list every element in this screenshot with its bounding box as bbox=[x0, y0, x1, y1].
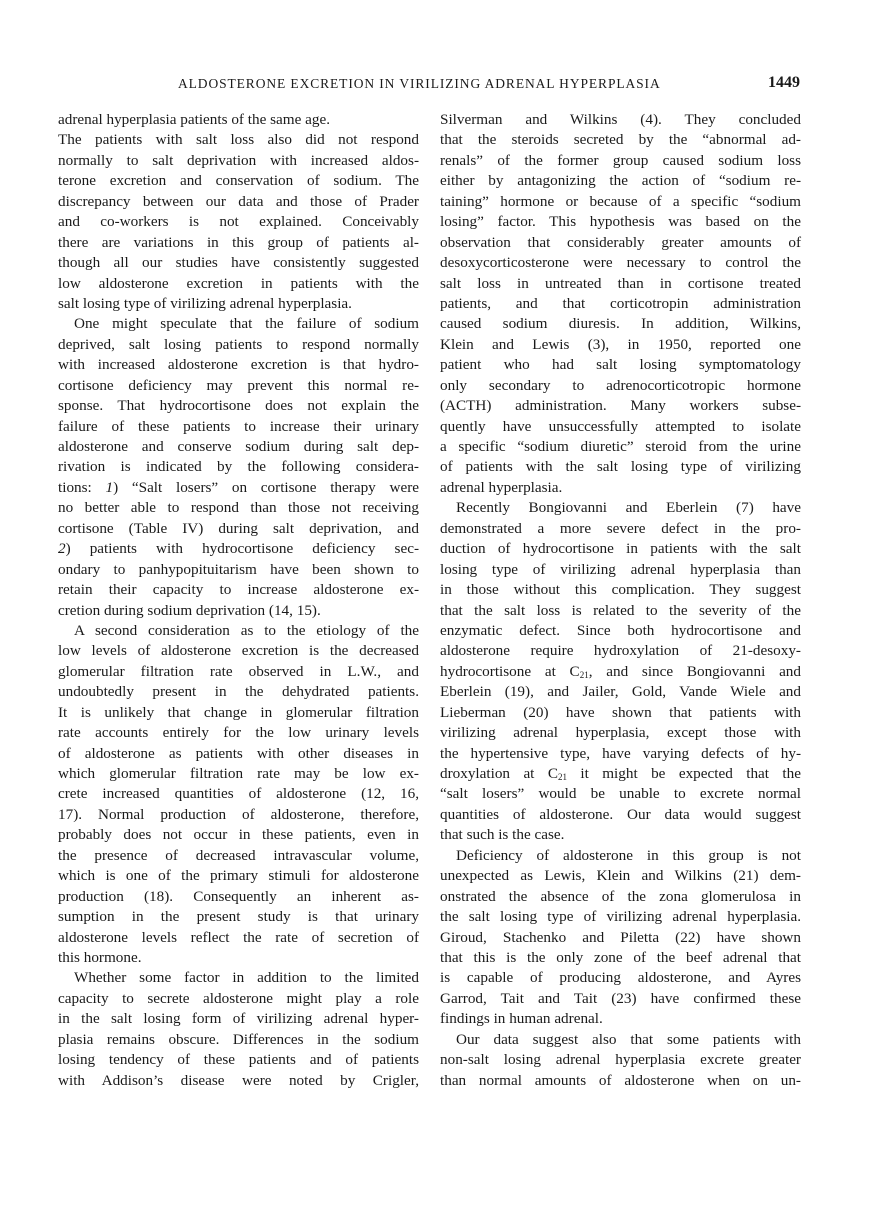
text-line: low levels of aldosterone excretion is t… bbox=[58, 641, 419, 661]
text-line: in the salt losing form of virilizing ad… bbox=[58, 1009, 419, 1029]
text-line: observation that considerably greater am… bbox=[440, 233, 801, 253]
text-line: “salt losers” would be unable to excrete… bbox=[440, 784, 801, 804]
text-line: that such is the case. bbox=[440, 825, 801, 845]
page-number: 1449 bbox=[768, 74, 800, 92]
text-line: It is unlikely that change in glomerular… bbox=[58, 703, 419, 723]
text-line: which glomerular filtration rate may be … bbox=[58, 764, 419, 784]
text-line: is capable of producing aldosterone, and… bbox=[440, 968, 801, 988]
text-line: aldosterone and conserve sodium during s… bbox=[58, 437, 419, 457]
text-line: aldosterone levels reflect the rate of s… bbox=[58, 928, 419, 948]
text-line: patient who had salt losing symptomatolo… bbox=[440, 355, 801, 375]
text-line: losing type of virilizing adrenal hyperp… bbox=[440, 560, 801, 580]
text-line: and co-workers is not explained. Conceiv… bbox=[58, 212, 419, 232]
text-line: Silverman and Wilkins (4). They conclude… bbox=[440, 110, 801, 130]
text-line: sumption in the present study is that ur… bbox=[58, 907, 419, 927]
left-text-column: adrenal hyperplasia patients of the same… bbox=[58, 110, 419, 1091]
text-line: quently have unsuccessfully attempted to… bbox=[440, 417, 801, 437]
text-line: crete increased quantities of aldosteron… bbox=[58, 784, 419, 804]
text-line: tions: 1) “Salt losers” on cortisone the… bbox=[58, 478, 419, 498]
text-line: The patients with salt loss also did not… bbox=[58, 130, 419, 150]
text-line: low aldosterone excretion in patients wi… bbox=[58, 274, 419, 294]
text-line: cortisone deficiency may prevent this no… bbox=[58, 376, 419, 396]
text-line: adrenal hyperplasia patients of the same… bbox=[58, 110, 419, 130]
text-line: salt losing type of virilizing adrenal h… bbox=[58, 294, 419, 314]
text-line: terone excretion and conservation of sod… bbox=[58, 171, 419, 191]
text-line: non-salt losing adrenal hyperplasia excr… bbox=[440, 1050, 801, 1070]
text-line: demonstrated a more severe defect in the… bbox=[440, 519, 801, 539]
text-line: Deficiency of aldosterone in this group … bbox=[440, 846, 801, 866]
text-line: caused sodium diuresis. In addition, Wil… bbox=[440, 314, 801, 334]
text-line: onstrated the absence of the zona glomer… bbox=[440, 887, 801, 907]
text-line: enzymatic defect. Since both hydrocortis… bbox=[440, 621, 801, 641]
text-line: Eberlein (19), and Jailer, Gold, Vande W… bbox=[440, 682, 801, 702]
text-line: though all our studies have consistently… bbox=[58, 253, 419, 273]
text-line: aldosterone require hydroxylation of 21-… bbox=[440, 641, 801, 661]
text-line: undoubtedly present in the dehydrated pa… bbox=[58, 682, 419, 702]
text-line: duction of hydrocortisone in patients wi… bbox=[440, 539, 801, 559]
text-line: renals” of the former group caused sodiu… bbox=[440, 151, 801, 171]
text-line: normally to salt deprivation with increa… bbox=[58, 151, 419, 171]
text-line: capacity to secrete aldosterone might pl… bbox=[58, 989, 419, 1009]
text-line: that the salt loss is related to the sev… bbox=[440, 601, 801, 621]
text-line: deprived, salt losing patients to respon… bbox=[58, 335, 419, 355]
text-line: glomerular filtration rate observed in L… bbox=[58, 662, 419, 682]
text-line: adrenal hyperplasia. bbox=[440, 478, 801, 498]
text-line: 2) patients with hydrocortisone deficien… bbox=[58, 539, 419, 559]
text-line: production (18). Consequently an inheren… bbox=[58, 887, 419, 907]
text-line: Lieberman (20) have shown that patients … bbox=[440, 703, 801, 723]
text-line: failure of these patients to increase th… bbox=[58, 417, 419, 437]
text-line: findings in human adrenal. bbox=[440, 1009, 801, 1029]
text-line: Garrod, Tait and Tait (23) have confirme… bbox=[440, 989, 801, 1009]
text-line: salt loss in untreated than in cortisone… bbox=[440, 274, 801, 294]
text-line: cretion during sodium deprivation (14, 1… bbox=[58, 601, 419, 621]
text-line: hydrocortisone at C21, and since Bongiov… bbox=[440, 662, 801, 682]
text-line: plasia remains obscure. Differences in t… bbox=[58, 1030, 419, 1050]
text-line: this hormone. bbox=[58, 948, 419, 968]
text-line: losing” factor. This hypothesis was base… bbox=[440, 212, 801, 232]
text-line: 17). Normal production of aldosterone, t… bbox=[58, 805, 419, 825]
text-line: droxylation at C21 it might be expected … bbox=[440, 764, 801, 784]
right-text-column: Silverman and Wilkins (4). They conclude… bbox=[440, 110, 801, 1091]
text-line: cortisone (Table IV) during salt depriva… bbox=[58, 519, 419, 539]
text-line: virilizing adrenal hyperplasia, except t… bbox=[440, 723, 801, 743]
text-line: that the steroids secreted by the “abnor… bbox=[440, 130, 801, 150]
text-line: either by antagonizing the action of “so… bbox=[440, 171, 801, 191]
text-line: rivation is indicated by the following c… bbox=[58, 457, 419, 477]
subscript: 21 bbox=[580, 670, 589, 680]
text-line: retain their capacity to increase aldost… bbox=[58, 580, 419, 600]
running-header: ALDOSTERONE EXCRETION IN VIRILIZING ADRE… bbox=[58, 74, 800, 96]
text-line: desoxycorticosterone were necessary to c… bbox=[440, 253, 801, 273]
text-line: A second consideration as to the etiolog… bbox=[58, 621, 419, 641]
text-line: probably does not occur in these patient… bbox=[58, 825, 419, 845]
text-line: losing tendency of these patients and of… bbox=[58, 1050, 419, 1070]
text-line: Our data suggest also that some patients… bbox=[440, 1030, 801, 1050]
text-line: the salt losing type of virilizing adren… bbox=[440, 907, 801, 927]
text-line: (ACTH) administration. Many workers subs… bbox=[440, 396, 801, 416]
text-line: of patients with the salt losing type of… bbox=[440, 457, 801, 477]
text-line: patients, and that corticotropin adminis… bbox=[440, 294, 801, 314]
text-line: of aldosterone as patients with other di… bbox=[58, 744, 419, 764]
text-line: Recently Bongiovanni and Eberlein (7) ha… bbox=[440, 498, 801, 518]
text-line: with Addison’s disease were noted by Cri… bbox=[58, 1071, 419, 1091]
text-line: rate accounts entirely for the low urina… bbox=[58, 723, 419, 743]
text-line: with increased aldosterone excretion is … bbox=[58, 355, 419, 375]
text-line: the hypertensive type, have varying defe… bbox=[440, 744, 801, 764]
text-line: Klein and Lewis (3), in 1950, reported o… bbox=[440, 335, 801, 355]
text-line: a specific “sodium diuretic” steroid fro… bbox=[440, 437, 801, 457]
text-line: in those without this complication. They… bbox=[440, 580, 801, 600]
text-line: only secondary to adrenocorticotropic ho… bbox=[440, 376, 801, 396]
text-line: unexpected as Lewis, Klein and Wilkins (… bbox=[440, 866, 801, 886]
text-line: quantities of aldosterone. Our data woul… bbox=[440, 805, 801, 825]
text-line: discrepancy between our data and those o… bbox=[58, 192, 419, 212]
text-line: the presence of decreased intravascular … bbox=[58, 846, 419, 866]
subscript: 21 bbox=[558, 772, 567, 782]
text-line: which is one of the primary stimuli for … bbox=[58, 866, 419, 886]
text-line: than normal amounts of aldosterone when … bbox=[440, 1071, 801, 1091]
text-line: taining” hormone or because of a specifi… bbox=[440, 192, 801, 212]
text-line: Whether some factor in addition to the l… bbox=[58, 968, 419, 988]
text-line: that this is the only zone of the beef a… bbox=[440, 948, 801, 968]
text-line: no better able to respond than those not… bbox=[58, 498, 419, 518]
text-line: sponse. That hydrocortisone does not exp… bbox=[58, 396, 419, 416]
text-line: Giroud, Stachenko and Piletta (22) have … bbox=[440, 928, 801, 948]
text-line: ondary to panhypopituitarism have been s… bbox=[58, 560, 419, 580]
text-line: One might speculate that the failure of … bbox=[58, 314, 419, 334]
text-line: there are variations in this group of pa… bbox=[58, 233, 419, 253]
running-title: ALDOSTERONE EXCRETION IN VIRILIZING ADRE… bbox=[178, 76, 661, 92]
